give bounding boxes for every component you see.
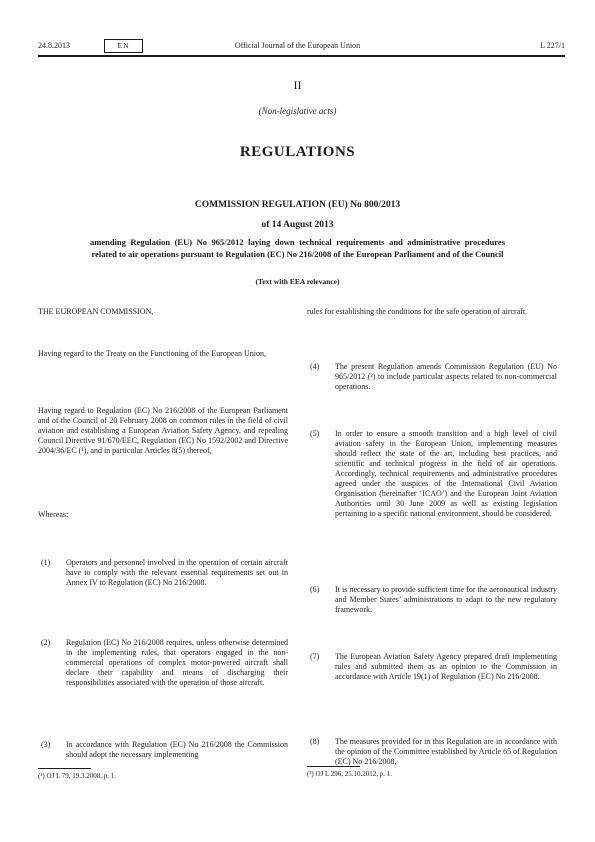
whereas-label: Whereas: (38, 510, 288, 520)
recital-text: Regulation (EC) No 216/2008 requires, un… (66, 638, 288, 688)
regulation-title: COMMISSION REGULATION (EU) No 800/2013 (0, 200, 595, 210)
having-regard-regulation: Having regard to Regulation (EC) No 216/… (38, 406, 288, 456)
recital-5: (5) In order to ensure a smooth transiti… (307, 429, 557, 519)
header-rule (38, 55, 565, 57)
recital-8: (8) The measures provided for in this Re… (307, 737, 557, 767)
recital-text: The European Aviation Safety Agency prep… (335, 652, 557, 682)
regulation-date: of 14 August 2013 (0, 220, 595, 230)
recital-3-continuation: rules for establishing the conditions fo… (307, 307, 557, 317)
recital-number: (8) (307, 737, 335, 767)
recital-text: In order to ensure a smooth transition a… (335, 429, 557, 519)
page-reference: L 227/1 (540, 41, 565, 50)
recital-1: (1) Operators and personnel involved in … (38, 558, 288, 588)
footnote-rule-right (307, 766, 360, 767)
commission-line: THE EUROPEAN COMMISSION, (38, 307, 288, 317)
recital-number: (5) (307, 429, 335, 519)
recital-2: (2) Regulation (EC) No 216/2008 requires… (38, 638, 288, 688)
footnote-rule-left (38, 768, 91, 769)
regulation-subject: amending Regulation (EU) No 965/2012 lay… (90, 237, 505, 260)
recital-number: (3) (38, 740, 66, 760)
having-regard-treaty: Having regard to the Treaty on the Funct… (38, 349, 288, 359)
recital-number: (1) (38, 558, 66, 588)
recital-3: (3) In accordance with Regulation (EC) N… (38, 740, 288, 760)
section-number: II (0, 78, 595, 93)
recital-text: Operators and personnel involved in the … (66, 558, 288, 588)
recital-number: (2) (38, 638, 66, 688)
recital-6: (6) It is necessary to provide sufficien… (307, 585, 557, 615)
recital-number: (6) (307, 585, 335, 615)
footnote-left: (¹) OJ L 79, 19.3.2008, p. 1. (38, 772, 288, 781)
recital-7: (7) The European Aviation Safety Agency … (307, 652, 557, 682)
recital-text: In accordance with Regulation (EC) No 21… (66, 740, 288, 760)
document-page: 24.8.2013 EN Official Journal of the Eur… (0, 0, 595, 842)
section-heading: REGULATIONS (0, 144, 595, 161)
recital-text: The present Regulation amends Commission… (335, 362, 557, 392)
journal-title: Official Journal of the European Union (0, 41, 595, 50)
section-subtitle: (Non-legislative acts) (0, 106, 595, 116)
eea-relevance-note: (Text with EEA relevance) (0, 277, 595, 286)
recital-number: (4) (307, 362, 335, 392)
footnote-right: (²) OJ L 296, 25.10.2012, p. 1. (307, 770, 557, 779)
recital-number: (7) (307, 652, 335, 682)
recital-text: The measures provided for in this Regula… (335, 737, 557, 767)
recital-text: It is necessary to provide sufficient ti… (335, 585, 557, 615)
recital-4: (4) The present Regulation amends Commis… (307, 362, 557, 392)
